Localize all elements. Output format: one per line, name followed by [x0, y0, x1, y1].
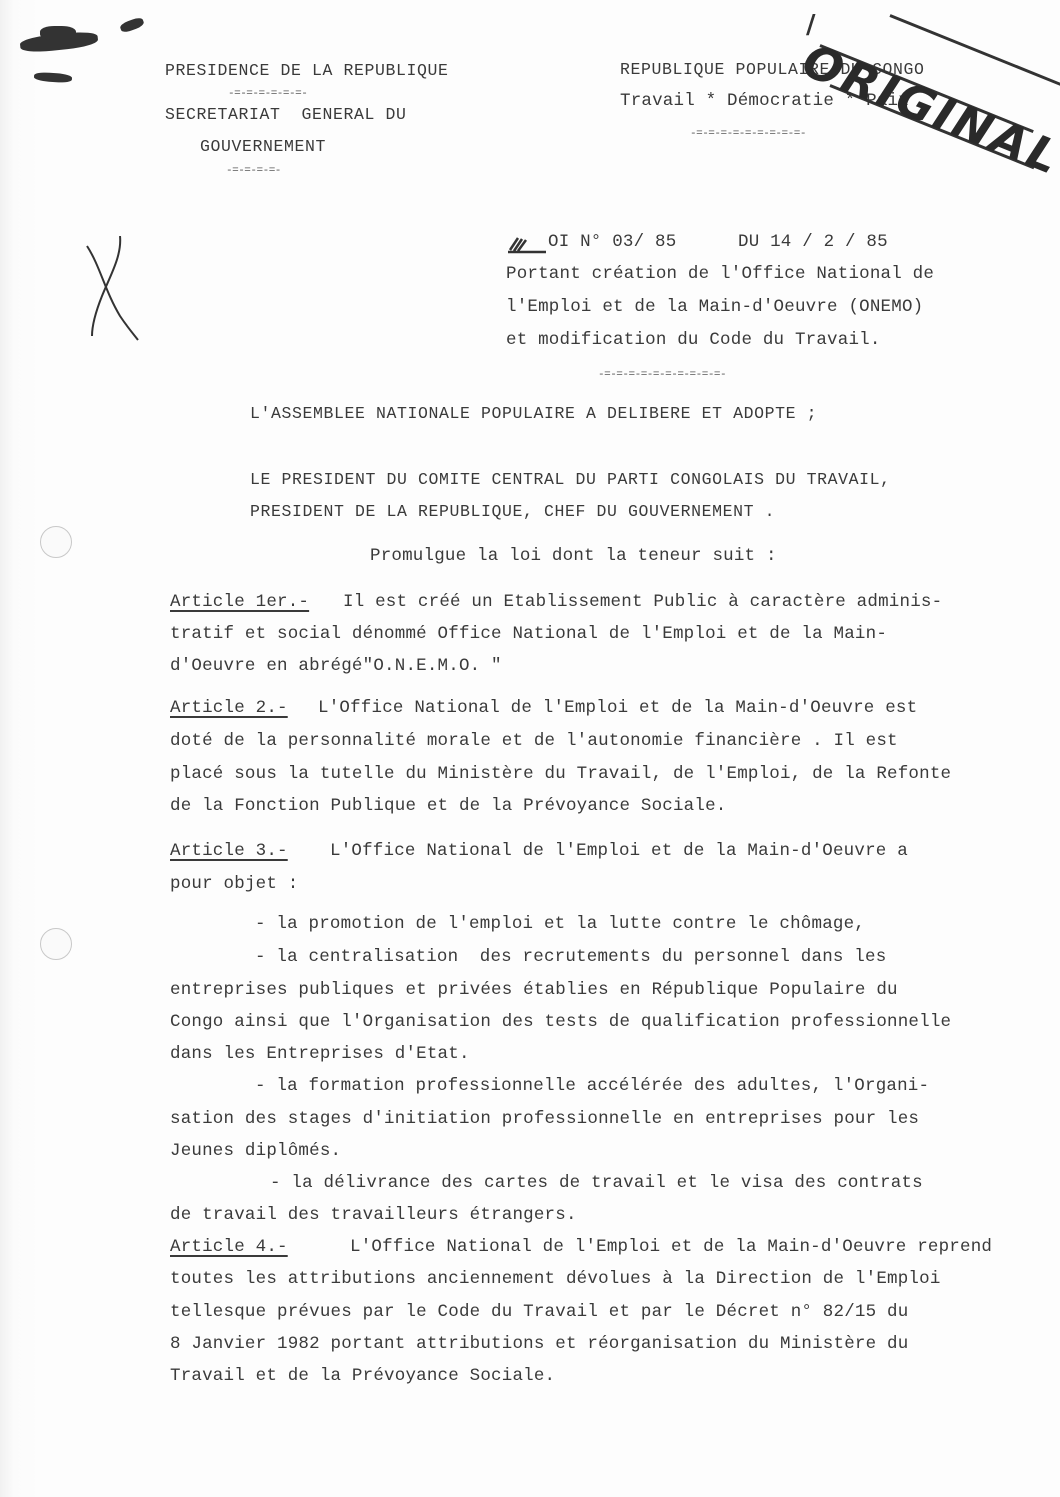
- header-left-separator-1: -=-=-=-=-=-=-: [228, 88, 307, 100]
- article-3-item-4: - la délivrance des cartes de travail et…: [270, 1175, 923, 1193]
- article-4-line-2: toutes les attributions anciennement dév…: [170, 1271, 941, 1289]
- preamble-promulgation: Promulgue la loi dont la teneur suit :: [370, 548, 777, 566]
- header-gouvernement: GOUVERNEMENT: [200, 139, 326, 156]
- article-1-title: Article 1er.-: [170, 594, 309, 612]
- article-1-line-3: d'Oeuvre en abrégé"O.N.E.M.O. ": [170, 658, 502, 676]
- punch-hole-top: [40, 526, 72, 558]
- article-4-line-1: L'Office National de l'Emploi et de la M…: [350, 1239, 992, 1257]
- article-3-item-2-cont-3: dans les Entreprises d'Etat.: [170, 1046, 470, 1064]
- article-4-line-3: tellesque prévues par le Code du Travail…: [170, 1304, 908, 1322]
- article-2-line-3: placé sous la tutelle du Ministère du Tr…: [170, 766, 951, 784]
- article-3-item-2-cont-1: entreprises publiques et privées établie…: [170, 982, 898, 1000]
- article-3-item-4-cont-1: de travail des travailleurs étrangers.: [170, 1207, 577, 1225]
- article-3-item-2-cont-2: Congo ainsi que l'Organisation des tests…: [170, 1014, 951, 1032]
- punch-hole-bottom: [40, 928, 72, 960]
- article-1-line-2: tratif et social dénommé Office National…: [170, 626, 887, 644]
- handwritten-x-icon: [80, 236, 144, 346]
- article-4-line-5: Travail et de la Prévoyance Sociale.: [170, 1368, 555, 1386]
- article-3-line-1: L'Office National de l'Emploi et de la M…: [330, 843, 908, 861]
- article-2-line-1: L'Office National de l'Emploi et de la M…: [318, 700, 917, 718]
- article-3-item-3: - la formation professionnelle accélérée…: [255, 1078, 929, 1096]
- preamble-president-2: PRESIDENT DE LA REPUBLIQUE, CHEF DU GOUV…: [250, 504, 775, 521]
- article-3-title: Article 3.-: [170, 843, 288, 861]
- article-2-line-2: doté de la personnalité morale et de l'a…: [170, 733, 898, 751]
- article-3-item-2: - la centralisation des recrutements du …: [255, 949, 886, 967]
- law-separator: -=-=-=-=-=-=-=-=-=-=-: [598, 369, 726, 381]
- article-4-line-4: 8 Janvier 1982 portant attributions et r…: [170, 1336, 908, 1354]
- article-3-item-3-cont-1: sation des stages d'initiation professio…: [170, 1111, 919, 1129]
- article-2-title: Article 2.-: [170, 700, 288, 718]
- preamble-president-1: LE PRESIDENT DU COMITE CENTRAL DU PARTI …: [250, 472, 891, 489]
- header-secretariat: SECRETARIAT GENERAL DU: [165, 107, 407, 124]
- article-3-line-2: pour objet :: [170, 876, 298, 894]
- header-left-separator-2: -=-=-=-=-: [226, 165, 281, 177]
- law-number: OI N° 03/ 85: [548, 234, 676, 252]
- article-4-title: Article 4.-: [170, 1239, 288, 1257]
- law-subject-line-2: l'Emploi et de la Main-d'Oeuvre (ONEMO): [506, 299, 923, 317]
- article-3-item-1: - la promotion de l'emploi et la lutte c…: [255, 916, 865, 934]
- header-right-separator: -=-=-=-=-=-=-=-=-=-: [690, 128, 806, 140]
- article-3-item-3-cont-2: Jeunes diplômés.: [170, 1143, 341, 1161]
- scribble-mark-icon: [508, 236, 548, 254]
- preamble-assembly: L'ASSEMBLEE NATIONALE POPULAIRE A DELIBE…: [250, 406, 817, 423]
- law-subject-line-1: Portant création de l'Office National de: [506, 266, 934, 284]
- law-subject-line-3: et modification du Code du Travail.: [506, 332, 881, 350]
- law-date: DU 14 / 2 / 85: [738, 234, 888, 252]
- article-2-line-4: de la Fonction Publique et de la Prévoya…: [170, 798, 727, 816]
- header-presidence: PRESIDENCE DE LA REPUBLIQUE: [165, 63, 449, 80]
- article-1-line-1: Il est créé un Etablissement Public à ca…: [343, 594, 942, 612]
